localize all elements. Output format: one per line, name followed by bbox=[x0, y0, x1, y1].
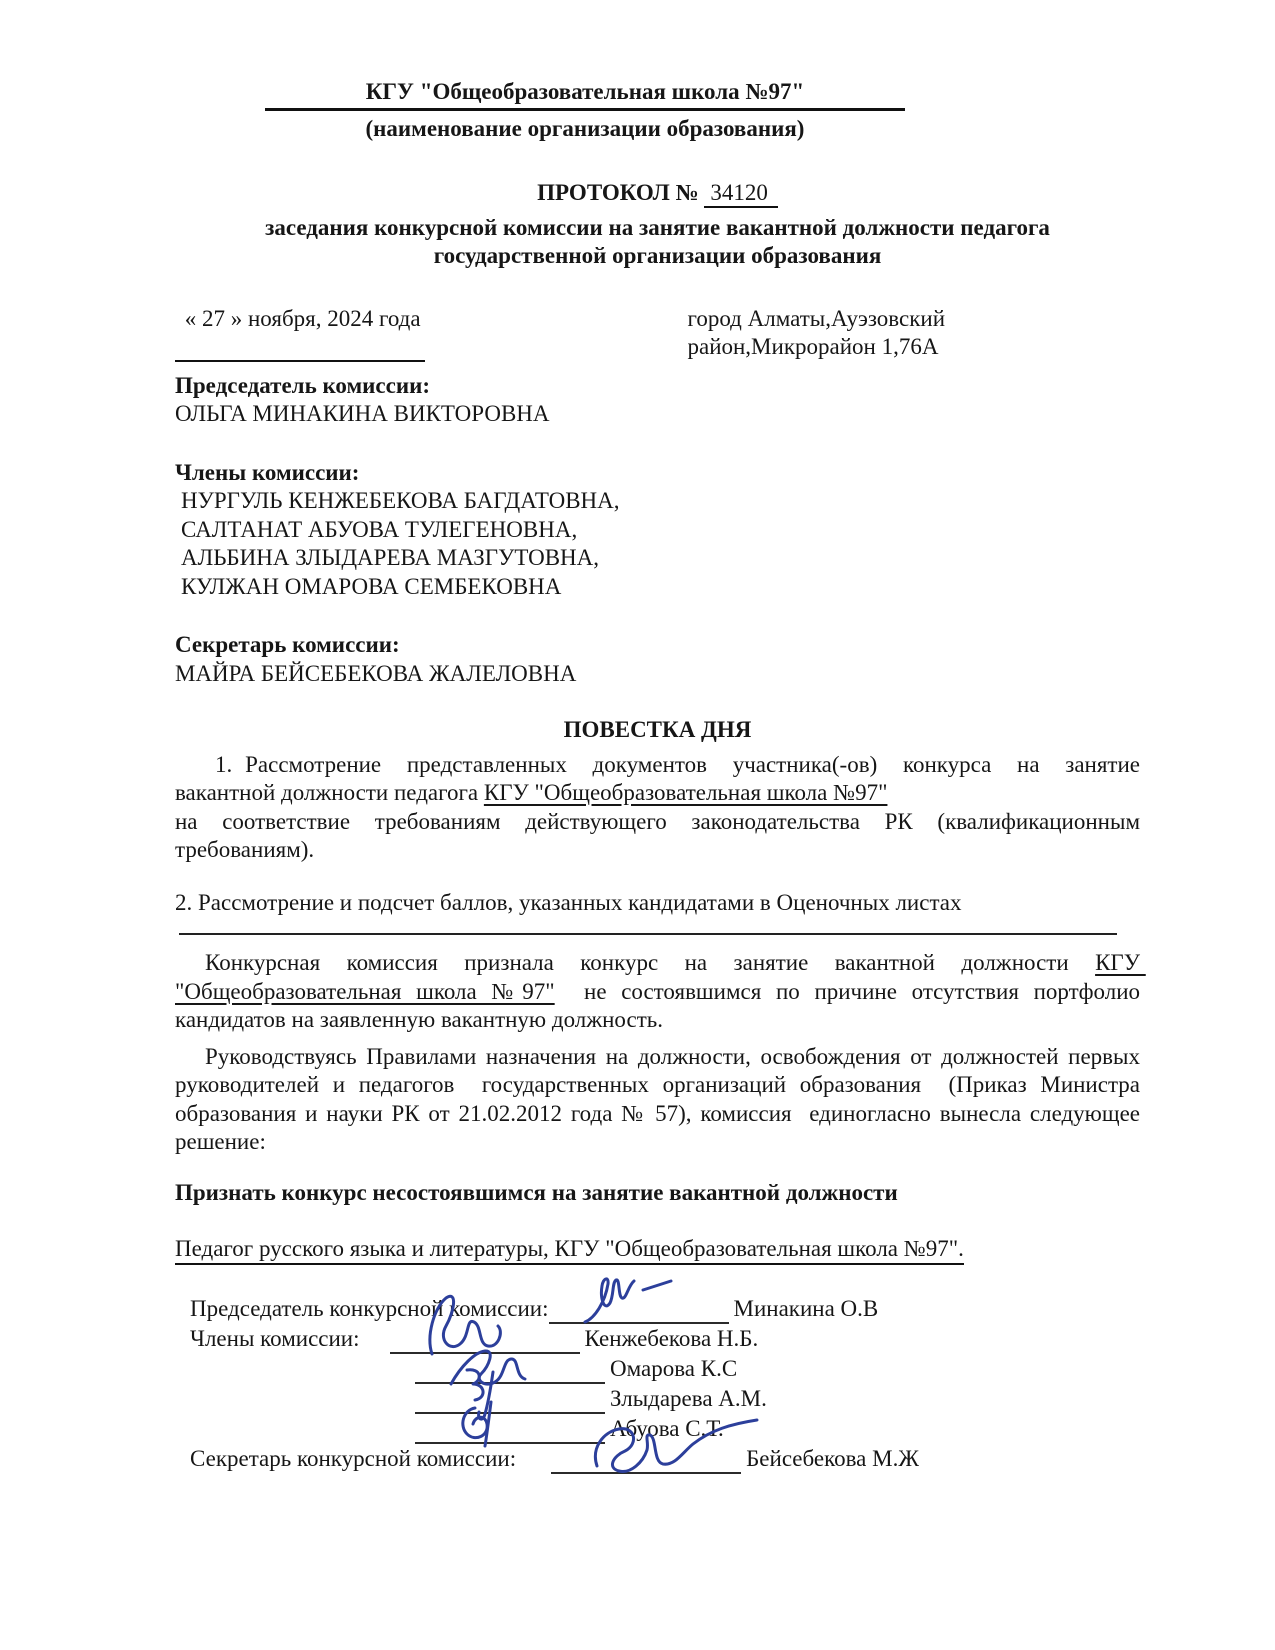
signature-row-chair: Председатель конкурсной комиссии: Минаки… bbox=[190, 1294, 1140, 1324]
chair-label: Председатель комиссии: bbox=[175, 372, 1140, 401]
agenda-title: ПОВЕСТКА ДНЯ bbox=[175, 716, 1140, 745]
secretary-signature-icon bbox=[581, 1416, 771, 1480]
text-segment: КГУ "Общеобразовательная школа №97" bbox=[484, 780, 888, 805]
signature-chair-name: Минакина О.В bbox=[734, 1295, 879, 1324]
signature-member-name: Злыдарева А.М. bbox=[610, 1385, 767, 1414]
signature-member-name: Омарова К.С bbox=[610, 1355, 737, 1384]
signature-secretary-name: Бейсебекова М.Ж bbox=[746, 1445, 919, 1474]
document-header: КГУ "Общеобразовательная школа №97" (наи… bbox=[265, 78, 905, 143]
chair-section: Председатель комиссии: ОЛЬГА МИНАКИНА ВИ… bbox=[175, 372, 1140, 429]
resolution-statement: Признать конкурс несостоявшимся на занят… bbox=[175, 1179, 1140, 1208]
protocol-subtitle: заседания конкурсной комиссии на занятие… bbox=[175, 214, 1140, 271]
secretary-section: Секретарь комиссии: МАЙРА БЕЙСЕБЕКОВА ЖА… bbox=[175, 631, 1140, 688]
protocol-date: « 27 » ноября, 2024 года bbox=[175, 305, 425, 362]
agenda-item-2: 2. Рассмотрение и подсчет баллов, указан… bbox=[175, 889, 1140, 918]
member-name: КУЛЖАН ОМАРОВА СЕМБЕКОВНА bbox=[175, 573, 1140, 602]
signature-member-name: Кенжебекова Н.Б. bbox=[585, 1325, 759, 1354]
member-name: НУРГУЛЬ КЕНЖЕБЕКОВА БАГДАТОВНА, bbox=[175, 487, 1140, 516]
member-signature-icon bbox=[445, 1396, 515, 1450]
member-name: АЛЬБИНА ЗЛЫДАРЕВА МАЗГУТОВНА, bbox=[175, 544, 1140, 573]
protocol-label: ПРОТОКОЛ № bbox=[537, 180, 698, 205]
members-section: Члены комиссии: НУРГУЛЬ КЕНЖЕБЕКОВА БАГД… bbox=[175, 459, 1140, 602]
protocol-number: 34120 bbox=[704, 180, 778, 208]
vacant-position-text: Педагог русского языка и литературы, КГУ… bbox=[175, 1236, 964, 1265]
agenda-item-1: 1. Рассмотрение представленных документо… bbox=[175, 751, 1140, 865]
text-segment: Конкурсная комиссия признала конкурс на … bbox=[205, 950, 1095, 975]
secretary-name: МАЙРА БЕЙСЕБЕКОВА ЖАЛЕЛОВНА bbox=[175, 660, 1140, 689]
date-place-row: « 27 » ноября, 2024 года город Алматы,Ау… bbox=[175, 305, 1140, 362]
member-name: САЛТАНАТ АБУОВА ТУЛЕГЕНОВНА, bbox=[175, 516, 1140, 545]
text-segment: на соответствие требованиям действующего… bbox=[175, 809, 1146, 863]
chair-signature-icon bbox=[579, 1268, 709, 1330]
members-label: Члены комиссии: bbox=[175, 459, 1140, 488]
ruling-paragraph: Руководствуясь Правилами назначения на д… bbox=[175, 1043, 1140, 1157]
signature-row-member: Члены комиссии: Кенжебекова Н.Б. bbox=[190, 1324, 1140, 1354]
chair-name: ОЛЬГА МИНАКИНА ВИКТОРОВНА bbox=[175, 400, 1140, 429]
secretary-label: Секретарь комиссии: bbox=[175, 631, 1140, 660]
signature-row-secretary: Секретарь конкурсной комиссии: Бейсебеко… bbox=[190, 1444, 1140, 1474]
decision-paragraph: Конкурсная комиссия признала конкурс на … bbox=[175, 949, 1140, 1035]
protocol-document: КГУ "Общеобразовательная школа №97" (наи… bbox=[0, 0, 1275, 1474]
signature-line bbox=[549, 1298, 729, 1324]
signature-members-label: Члены комиссии: bbox=[190, 1325, 360, 1354]
organization-name: КГУ "Общеобразовательная школа №97" bbox=[265, 78, 905, 111]
signature-row-member: Омарова К.С bbox=[190, 1354, 1140, 1384]
separator-line bbox=[179, 933, 1117, 935]
signature-row-member: Злыдарева А.М. bbox=[190, 1384, 1140, 1414]
protocol-location: город Алматы,Ауэзовский район,Микрорайон… bbox=[687, 305, 945, 362]
protocol-title-line: ПРОТОКОЛ № 34120 bbox=[175, 179, 1140, 208]
signature-line bbox=[415, 1418, 605, 1444]
vacant-position-line: Педагог русского языка и литературы, КГУ… bbox=[175, 1235, 1140, 1264]
signature-line bbox=[551, 1448, 741, 1474]
organization-caption: (наименование организации образования) bbox=[265, 115, 905, 144]
signature-secretary-label: Секретарь конкурсной комиссии: bbox=[190, 1445, 516, 1474]
signature-block: Председатель конкурсной комиссии: Минаки… bbox=[175, 1294, 1140, 1474]
